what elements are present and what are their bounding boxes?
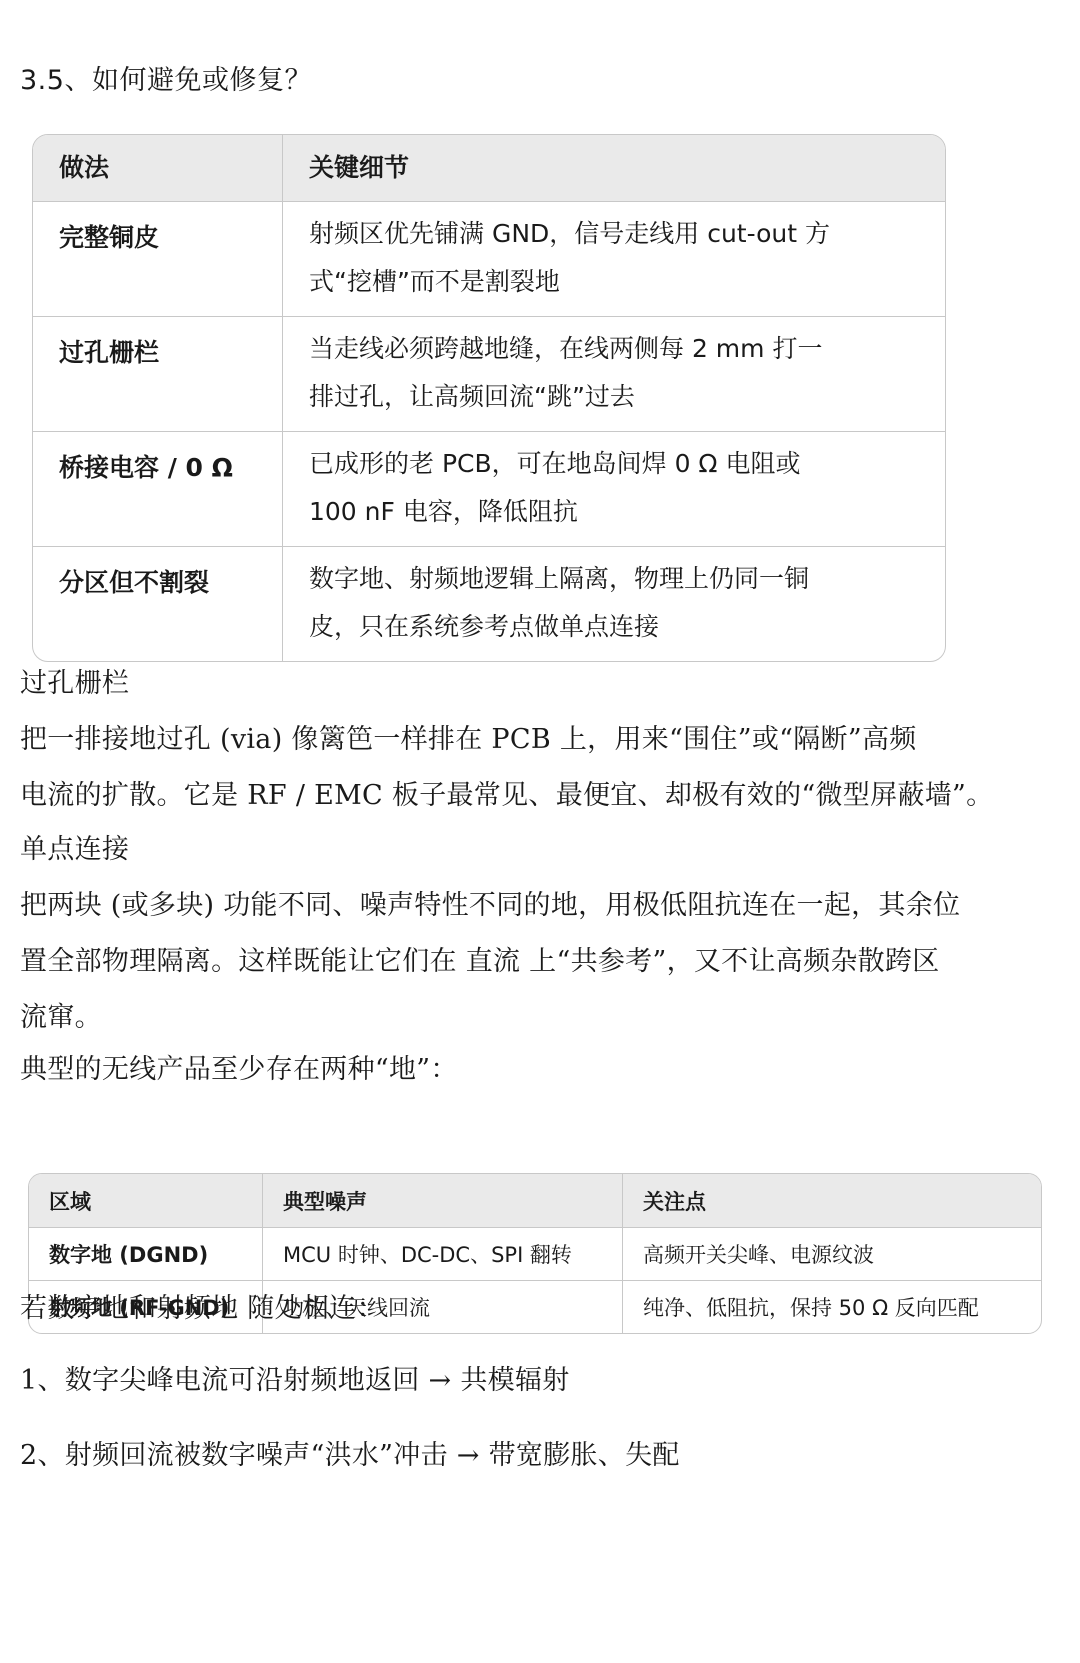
column-header-focus: 关注点 xyxy=(623,1174,1041,1227)
detail-cell: 射频区优先铺满 GND，信号走线用 cut-out 方 式“挖槽”而不是割裂地 xyxy=(283,202,945,316)
via-fence-title: 过孔栅栏 xyxy=(20,656,1060,712)
section-heading: 3.5、如何避免或修复？ xyxy=(20,58,312,97)
method-cell: 桥接电容 / 0 Ω xyxy=(33,432,283,546)
via-fence-section: 过孔栅栏 把一排接地过孔 (via) 像篱笆一样排在 PCB 上，用来“围住”或… xyxy=(20,656,1060,824)
table-row: 桥接电容 / 0 Ω 已成形的老 PCB，可在地岛间焊 0 Ω 电阻或 100 … xyxy=(33,431,945,546)
detail-cell: 当走线必须跨越地缝，在线两侧每 2 mm 打一 排过孔，让高频回流“跳”过去 xyxy=(283,317,945,431)
table-row: 过孔栅栏 当走线必须跨越地缝，在线两侧每 2 mm 打一 排过孔，让高频回流“跳… xyxy=(33,316,945,431)
method-cell: 分区但不割裂 xyxy=(33,547,283,661)
detail-line: 皮，只在系统参考点做单点连接 xyxy=(309,603,925,651)
column-header-method: 做法 xyxy=(33,135,283,201)
consequence-item: 1、数字尖峰电流可沿射频地返回 → 共模辐射 xyxy=(20,1353,1060,1409)
column-header-noise: 典型噪声 xyxy=(263,1174,623,1227)
consequence-item: 2、射频回流被数字噪声“洪水”冲击 → 带宽膨胀、失配 xyxy=(20,1428,1060,1484)
single-point-text: 把两块 (或多块) 功能不同、噪声特性不同的地，用极低阻抗连在一起，其余位 xyxy=(20,878,1060,934)
table-header-row: 区域 典型噪声 关注点 xyxy=(29,1174,1041,1227)
zone-cell: 数字地 (DGND) xyxy=(29,1228,263,1280)
fix-methods-table: 做法 关键细节 完整铜皮 射频区优先铺满 GND，信号走线用 cut-out 方… xyxy=(32,134,946,662)
detail-line: 排过孔，让高频回流“跳”过去 xyxy=(309,373,925,421)
table-row: 分区但不割裂 数字地、射频地逻辑上隔离，物理上仍同一铜 皮，只在系统参考点做单点… xyxy=(33,546,945,661)
method-cell: 完整铜皮 xyxy=(33,202,283,316)
single-point-section: 单点连接 把两块 (或多块) 功能不同、噪声特性不同的地，用极低阻抗连在一起，其… xyxy=(20,822,1060,1046)
focus-cell: 高频开关尖峰、电源纹波 xyxy=(623,1228,1041,1280)
single-point-text: 流窜。 xyxy=(20,990,1060,1046)
single-point-text: 置全部物理隔离。这样既能让它们在 直流 上“共参考”，又不让高频杂散跨区 xyxy=(20,934,1060,990)
single-point-title: 单点连接 xyxy=(20,822,1060,878)
consequence-intro: 若数字地和射频地 随处相连： xyxy=(20,1281,1060,1337)
detail-line: 数字地、射频地逻辑上隔离，物理上仍同一铜 xyxy=(309,555,925,603)
detail-line: 100 nF 电容，降低阻抗 xyxy=(309,488,925,536)
table-row: 数字地 (DGND) MCU 时钟、DC-DC、SPI 翻转 高频开关尖峰、电源… xyxy=(29,1227,1041,1280)
table-row: 完整铜皮 射频区优先铺满 GND，信号走线用 cut-out 方 式“挖槽”而不… xyxy=(33,201,945,316)
column-header-zone: 区域 xyxy=(29,1174,263,1227)
detail-cell: 数字地、射频地逻辑上隔离，物理上仍同一铜 皮，只在系统参考点做单点连接 xyxy=(283,547,945,661)
detail-line: 射频区优先铺满 GND，信号走线用 cut-out 方 xyxy=(309,210,925,258)
via-fence-text: 把一排接地过孔 (via) 像篱笆一样排在 PCB 上，用来“围住”或“隔断”高… xyxy=(20,712,1060,768)
detail-line: 当走线必须跨越地缝，在线两侧每 2 mm 打一 xyxy=(309,325,925,373)
detail-line: 式“挖槽”而不是割裂地 xyxy=(309,258,925,306)
via-fence-text: 电流的扩散。它是 RF / EMC 板子最常见、最便宜、却极有效的“微型屏蔽墙”… xyxy=(20,768,1060,824)
two-grounds-intro: 典型的无线产品至少存在两种“地”： xyxy=(20,1042,1060,1098)
detail-line: 已成形的老 PCB，可在地岛间焊 0 Ω 电阻或 xyxy=(309,440,925,488)
column-header-detail: 关键细节 xyxy=(283,135,945,201)
method-cell: 过孔栅栏 xyxy=(33,317,283,431)
detail-cell: 已成形的老 PCB，可在地岛间焊 0 Ω 电阻或 100 nF 电容，降低阻抗 xyxy=(283,432,945,546)
noise-cell: MCU 时钟、DC-DC、SPI 翻转 xyxy=(263,1228,623,1280)
table-header-row: 做法 关键细节 xyxy=(33,135,945,201)
